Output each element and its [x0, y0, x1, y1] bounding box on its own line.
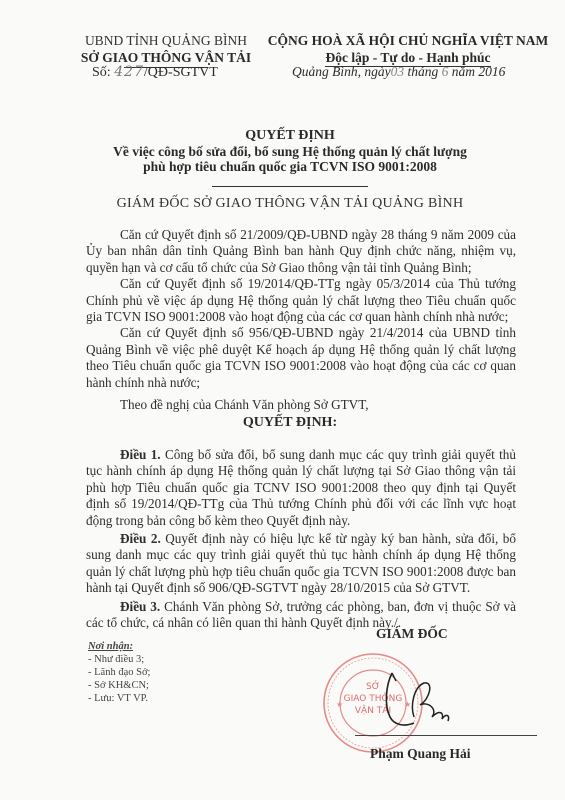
year-label: năm 2016: [452, 64, 506, 79]
recipients-list: Nơi nhận: - Như điều 3; - Lãnh đạo Sở; -…: [88, 640, 150, 705]
nation-name: CỘNG HOÀ XÃ HỘI CHỦ NGHĨA VIỆT NAM: [262, 32, 554, 49]
document-number: Số: 427/QĐ-SGTVT: [92, 64, 218, 81]
document-page: UBND TỈNH QUẢNG BÌNH SỞ GIAO THÔNG VẬN T…: [0, 0, 565, 800]
doc-number-suffix: /QĐ-SGTVT: [144, 65, 218, 80]
title-underline: [212, 186, 368, 187]
article-2-label: Điều 2.: [120, 531, 161, 546]
decision-heading: QUYẾT ĐỊNH:: [60, 415, 520, 431]
subject-line-2: phù hợp tiêu chuẩn quốc gia TCVN ISO 900…: [60, 159, 520, 175]
preamble-basis-3: Căn cứ Quyết định số 956/QĐ-UBND ngày 21…: [86, 325, 516, 391]
article-1: Điều 1. Công bố sửa đổi, bổ sung danh mụ…: [86, 447, 516, 529]
recipient-item: - Lãnh đạo Sở;: [88, 666, 150, 679]
handwritten-signature: [384, 665, 464, 735]
signature-scribble-icon: [384, 665, 464, 735]
recipient-item: - Lưu: VT VP.: [88, 692, 150, 705]
doc-number-label: Số:: [92, 65, 111, 80]
doc-number-handwritten: 427: [114, 64, 144, 80]
national-header: CỘNG HOÀ XÃ HỘI CHỦ NGHĨA VIỆT NAM Độc l…: [262, 32, 554, 67]
article-1-label: Điều 1.: [120, 447, 161, 462]
month-handwritten: 6: [442, 64, 449, 79]
signer-name: Phạm Quang Hải: [370, 746, 471, 762]
month-label: tháng: [408, 64, 439, 79]
recipients-heading: Nơi nhận:: [88, 640, 150, 653]
preamble-basis-2: Căn cứ Quyết định số 19/2014/QĐ-TTg ngày…: [86, 276, 516, 325]
article-3: Điều 3. Chánh Văn phòng Sở, trưởng các p…: [86, 599, 516, 632]
preamble-proposal: Theo đề nghị của Chánh Văn phòng Sở GTVT…: [86, 397, 516, 413]
articles: Điều 1. Công bố sửa đổi, bổ sung danh mụ…: [86, 447, 516, 633]
document-type: QUYẾT ĐỊNH: [60, 128, 520, 144]
place-date: Quảng Bình, ngày03 tháng 6 năm 2016: [292, 64, 505, 80]
parent-organization: UBND TỈNH QUẢNG BÌNH: [66, 32, 266, 49]
recipient-item: - Sở KH&CN;: [88, 679, 150, 692]
article-2: Điều 2. Quyết định này có hiệu lực kể từ…: [86, 531, 516, 597]
preamble-basis-1: Căn cứ Quyết định số 21/2009/QĐ-UBND ngà…: [86, 227, 516, 276]
issuing-agency-header: UBND TỈNH QUẢNG BÌNH SỞ GIAO THÔNG VẬN T…: [66, 32, 266, 68]
recipient-item: - Như điều 3;: [88, 653, 150, 666]
document-title: QUYẾT ĐỊNH Về việc công bố sửa đổi, bổ s…: [60, 128, 520, 190]
signer-title: GIÁM ĐỐC: [376, 626, 448, 642]
preamble: Căn cứ Quyết định số 21/2009/QĐ-UBND ngà…: [86, 227, 516, 413]
signature-underline: [355, 735, 537, 736]
day-handwritten: 03: [391, 64, 405, 79]
subject-line-1: Về việc công bố sửa đổi, bổ sung Hệ thốn…: [60, 144, 520, 160]
place-date-prefix: Quảng Bình, ngày: [292, 64, 391, 79]
article-3-label: Điều 3.: [120, 599, 160, 614]
issuing-authority: GIÁM ĐỐC SỞ GIAO THÔNG VẬN TẢI QUẢNG BÌN…: [60, 196, 520, 212]
